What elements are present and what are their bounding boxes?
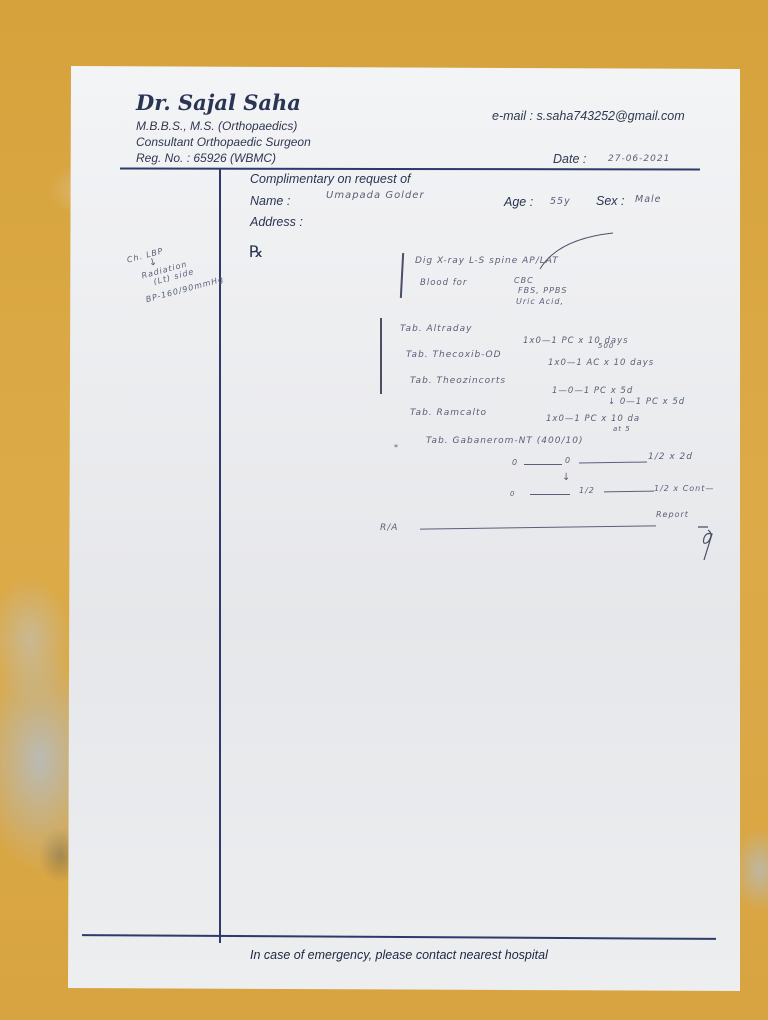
address-label: Address :: [250, 215, 303, 229]
investigation-xray: Dig X-ray L-S spine AP/LAT: [415, 256, 559, 266]
medication-name: Tab. Altraday: [400, 324, 472, 334]
medication-name: Tab. Ramcalto: [410, 408, 487, 418]
taper-value: 1/2 x Cont—: [654, 484, 714, 493]
clinical-notes: Ch. LBP ↓ Radiation (Lt) side BP-160/90m…: [126, 235, 216, 300]
footer-divider: [82, 934, 716, 940]
rx-symbol: ℞: [249, 242, 263, 262]
taper-value: 0: [510, 490, 515, 498]
header-divider: [120, 167, 700, 170]
taper-dash: [579, 462, 647, 464]
taper-value: 0: [565, 456, 571, 465]
medication-dose-taper: ↓ 0—1 PC x 5d: [608, 397, 685, 407]
patient-name: Umapada Golder: [326, 190, 425, 201]
patient-sex: Male: [635, 194, 662, 205]
review-label: R/A: [380, 523, 398, 533]
review-line: [420, 525, 656, 529]
doctor-email: e-mail : s.saha743252@gmail.com: [492, 109, 685, 123]
age-label: Age :: [504, 195, 533, 209]
column-divider: [219, 169, 221, 943]
taper-dash: [530, 494, 570, 495]
taper-value: 0: [512, 458, 518, 467]
taper-value: 1/2 x 2d: [648, 452, 693, 462]
footer-note: In case of emergency, please contact nea…: [250, 948, 548, 962]
doctor-name: Dr. Sajal Saha: [136, 90, 301, 115]
complimentary-label: Complimentary on request of: [250, 172, 411, 186]
taper-arrow: ↓: [562, 472, 571, 483]
medication-name: Tab. Gabanerom-NT (400/10): [426, 436, 583, 446]
medication-name: Tab. Thecoxib-OD: [406, 350, 502, 360]
prescription-paper: Dr. Sajal Saha M.B.B.S., M.S. (Orthopaed…: [68, 66, 740, 991]
medication-dose: 1x0—1 AC x 10 days: [548, 358, 654, 368]
medications-bracket: [380, 318, 382, 394]
medication-name: Tab. Theozincorts: [410, 376, 506, 386]
test-item: CBC: [514, 276, 534, 285]
taper-dash: [524, 464, 562, 465]
medication-dose: 1—0—1 PC x 5d: [552, 386, 633, 396]
name-label: Name :: [250, 194, 290, 208]
medication-strength: 500: [598, 342, 614, 350]
test-item: Uric Acid,: [516, 297, 564, 306]
investigation-blood-label: Blood for: [420, 278, 467, 288]
doctor-qualifications: M.B.B.S., M.S. (Orthopaedics): [136, 119, 297, 133]
date-value: 27-06-2021: [608, 154, 670, 164]
sex-label: Sex :: [596, 194, 625, 208]
test-item: FBS, PPBS: [518, 286, 567, 295]
taper-value: 1/2: [579, 486, 595, 495]
medication-dose: 1x0—1 PC x 10 da: [546, 414, 640, 424]
date-label: Date :: [553, 152, 586, 166]
review-text: Report: [656, 510, 689, 519]
taper-dash: [604, 491, 654, 493]
signature-icon: [694, 524, 718, 564]
investigations-bracket: [400, 253, 404, 298]
patient-age: 55y: [550, 196, 571, 207]
medication-note: at 5: [613, 425, 631, 433]
medication-marker: *: [394, 443, 399, 452]
doctor-registration: Reg. No. : 65926 (WBMC): [136, 151, 276, 165]
doctor-designation: Consultant Orthopaedic Surgeon: [136, 135, 311, 149]
